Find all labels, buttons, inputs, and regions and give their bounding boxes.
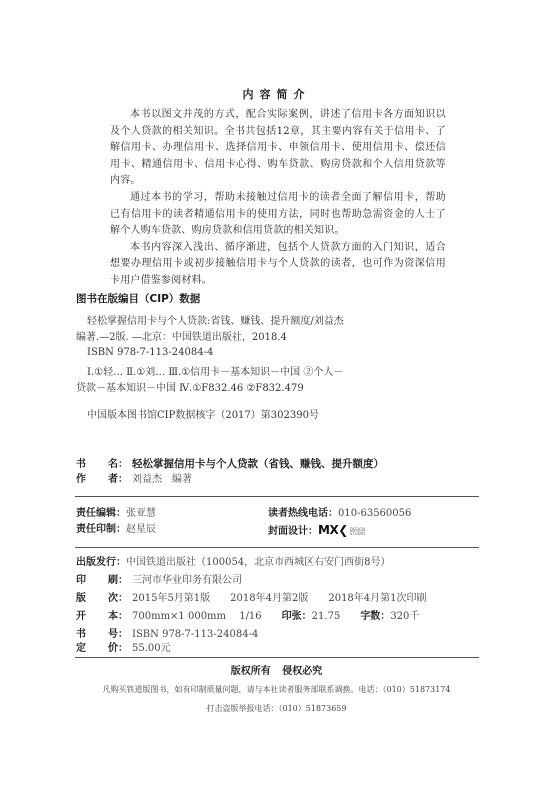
book-author-row: 作者：刘益杰 编著 — [76, 472, 192, 488]
hotline-row: 读者热线电话：010-63560056 — [268, 506, 411, 522]
format-row: 开本：700mm×1 000mm 1/16 印张：21.75 字数：320千 — [76, 609, 419, 625]
cip-subjects: Ⅰ.①轻… Ⅱ.①刘… Ⅲ.①信用卡－基本知识－中国 ②个人－ 贷款－基本知识－… — [76, 365, 476, 396]
divider — [75, 496, 479, 497]
cip-record-line: 编著.—2版. —北京：中国铁道出版社，2018.4 — [76, 330, 476, 346]
book-author-value: 刘益杰 编著 — [132, 474, 192, 485]
format-value: 700mm×1 000mm 1/16 — [132, 611, 282, 622]
price-value: 55.00元 — [132, 643, 171, 654]
summary-paragraph: 通过本书的学习，帮助未接触过信用卡的读者全面了解信用卡，帮助已有信用卡的读者精通… — [110, 190, 446, 240]
sheets-value: 21.75 — [312, 611, 361, 622]
printing-manager-value: 赵星辰 — [126, 524, 156, 535]
cip-isbn: ISBN 978-7-113-24084-4 — [76, 345, 476, 361]
hotline-label: 读者热线电话： — [268, 506, 338, 522]
cover-design-label: 封面设计： — [268, 524, 318, 540]
quality-notice: 凡购买铁道版图书，如有印制质量问题，请与本社读者服务部联系调换。电话：（010）… — [0, 684, 553, 695]
piracy-hotline: 打击盗版举报电话：（010）51873659 — [0, 703, 553, 714]
words-label: 字数： — [360, 609, 390, 625]
editor-value: 张亚慧 — [126, 508, 156, 519]
printer-row: 印刷：三河市华业印务有限公司 — [76, 573, 242, 589]
cover-design-row: 封面设计：MX❮DESIGNSTUDIO — [268, 522, 365, 540]
cip-verification: 中国版本图书馆CIP数据核字（2017）第302390号 — [76, 408, 487, 424]
cip-record: 轻松掌握信用卡与个人贷款:省钱、赚钱、提升额度/刘益杰 编著.—2版. —北京：… — [76, 314, 476, 361]
book-title-label: 书名： — [76, 457, 132, 473]
words-value: 320千 — [390, 611, 419, 622]
printing-manager-row: 责任印制：赵星辰 — [76, 522, 156, 538]
divider — [75, 547, 479, 548]
book-title-value: 轻松掌握信用卡与个人贷款（省钱、赚钱、提升额度） — [132, 456, 384, 472]
summary-title: 内容简介 — [0, 86, 553, 102]
printer-value: 三河市华业印务有限公司 — [132, 575, 242, 586]
format-label: 开本： — [76, 609, 132, 625]
editor-row: 责任编辑：张亚慧 — [76, 506, 156, 522]
edition-label: 版次： — [76, 591, 132, 607]
publisher-row: 出版发行：中国铁道出版社（100054，北京市西城区右安门西街8号） — [76, 555, 391, 571]
edition-value: 2015年5月第1版 2018年4月第2版 2018年4月第1次印刷 — [132, 593, 427, 604]
summary-paragraph: 本书内容深入浅出、循序渐进，包括个人贷款方面的入门知识，适合想要办理信用卡或初步… — [110, 240, 446, 290]
summary-paragraph: 本书以图文并茂的方式，配合实际案例，讲述了信用卡各方面知识以及个人贷款的相关知识… — [110, 107, 446, 190]
price-row: 定价：55.00元 — [76, 641, 171, 657]
summary-text: 本书以图文并茂的方式，配合实际案例，讲述了信用卡各方面知识以及个人贷款的相关知识… — [110, 107, 446, 290]
isbn-value: ISBN 978-7-113-24084-4 — [132, 629, 258, 640]
edition-row: 版次：2015年5月第1版 2018年4月第2版 2018年4月第1次印刷 — [76, 591, 427, 607]
mxc-design-logo: MX❮ — [318, 523, 348, 537]
cip-subject-line: 贷款－基本知识－中国 Ⅳ.①F832.46 ②F832.479 — [76, 381, 476, 397]
printer-label: 印刷： — [76, 573, 132, 589]
mxc-logo-subtext: DESIGNSTUDIO — [350, 528, 365, 536]
hotline-value: 010-63560056 — [338, 508, 411, 519]
divider — [75, 657, 479, 658]
book-title-row: 书名：轻松掌握信用卡与个人贷款（省钱、赚钱、提升额度） — [76, 456, 384, 473]
price-label: 定价： — [76, 641, 132, 657]
cip-heading: 图书在版编目（CIP）数据 — [76, 291, 200, 306]
publisher-value: 中国铁道出版社（100054，北京市西城区右安门西街8号） — [126, 557, 391, 568]
editor-label: 责任编辑： — [76, 506, 126, 522]
cip-record-line: 轻松掌握信用卡与个人贷款:省钱、赚钱、提升额度/刘益杰 — [76, 314, 476, 330]
copyright-notice: 版权所有 侵权必究 — [0, 662, 553, 677]
sheets-label: 印张： — [282, 609, 312, 625]
cip-subject-line: Ⅰ.①轻… Ⅱ.①刘… Ⅲ.①信用卡－基本知识－中国 ②个人－ — [76, 365, 476, 381]
publisher-label: 出版发行： — [76, 555, 126, 571]
printing-manager-label: 责任印制： — [76, 522, 126, 538]
book-author-label: 作者： — [76, 472, 132, 488]
